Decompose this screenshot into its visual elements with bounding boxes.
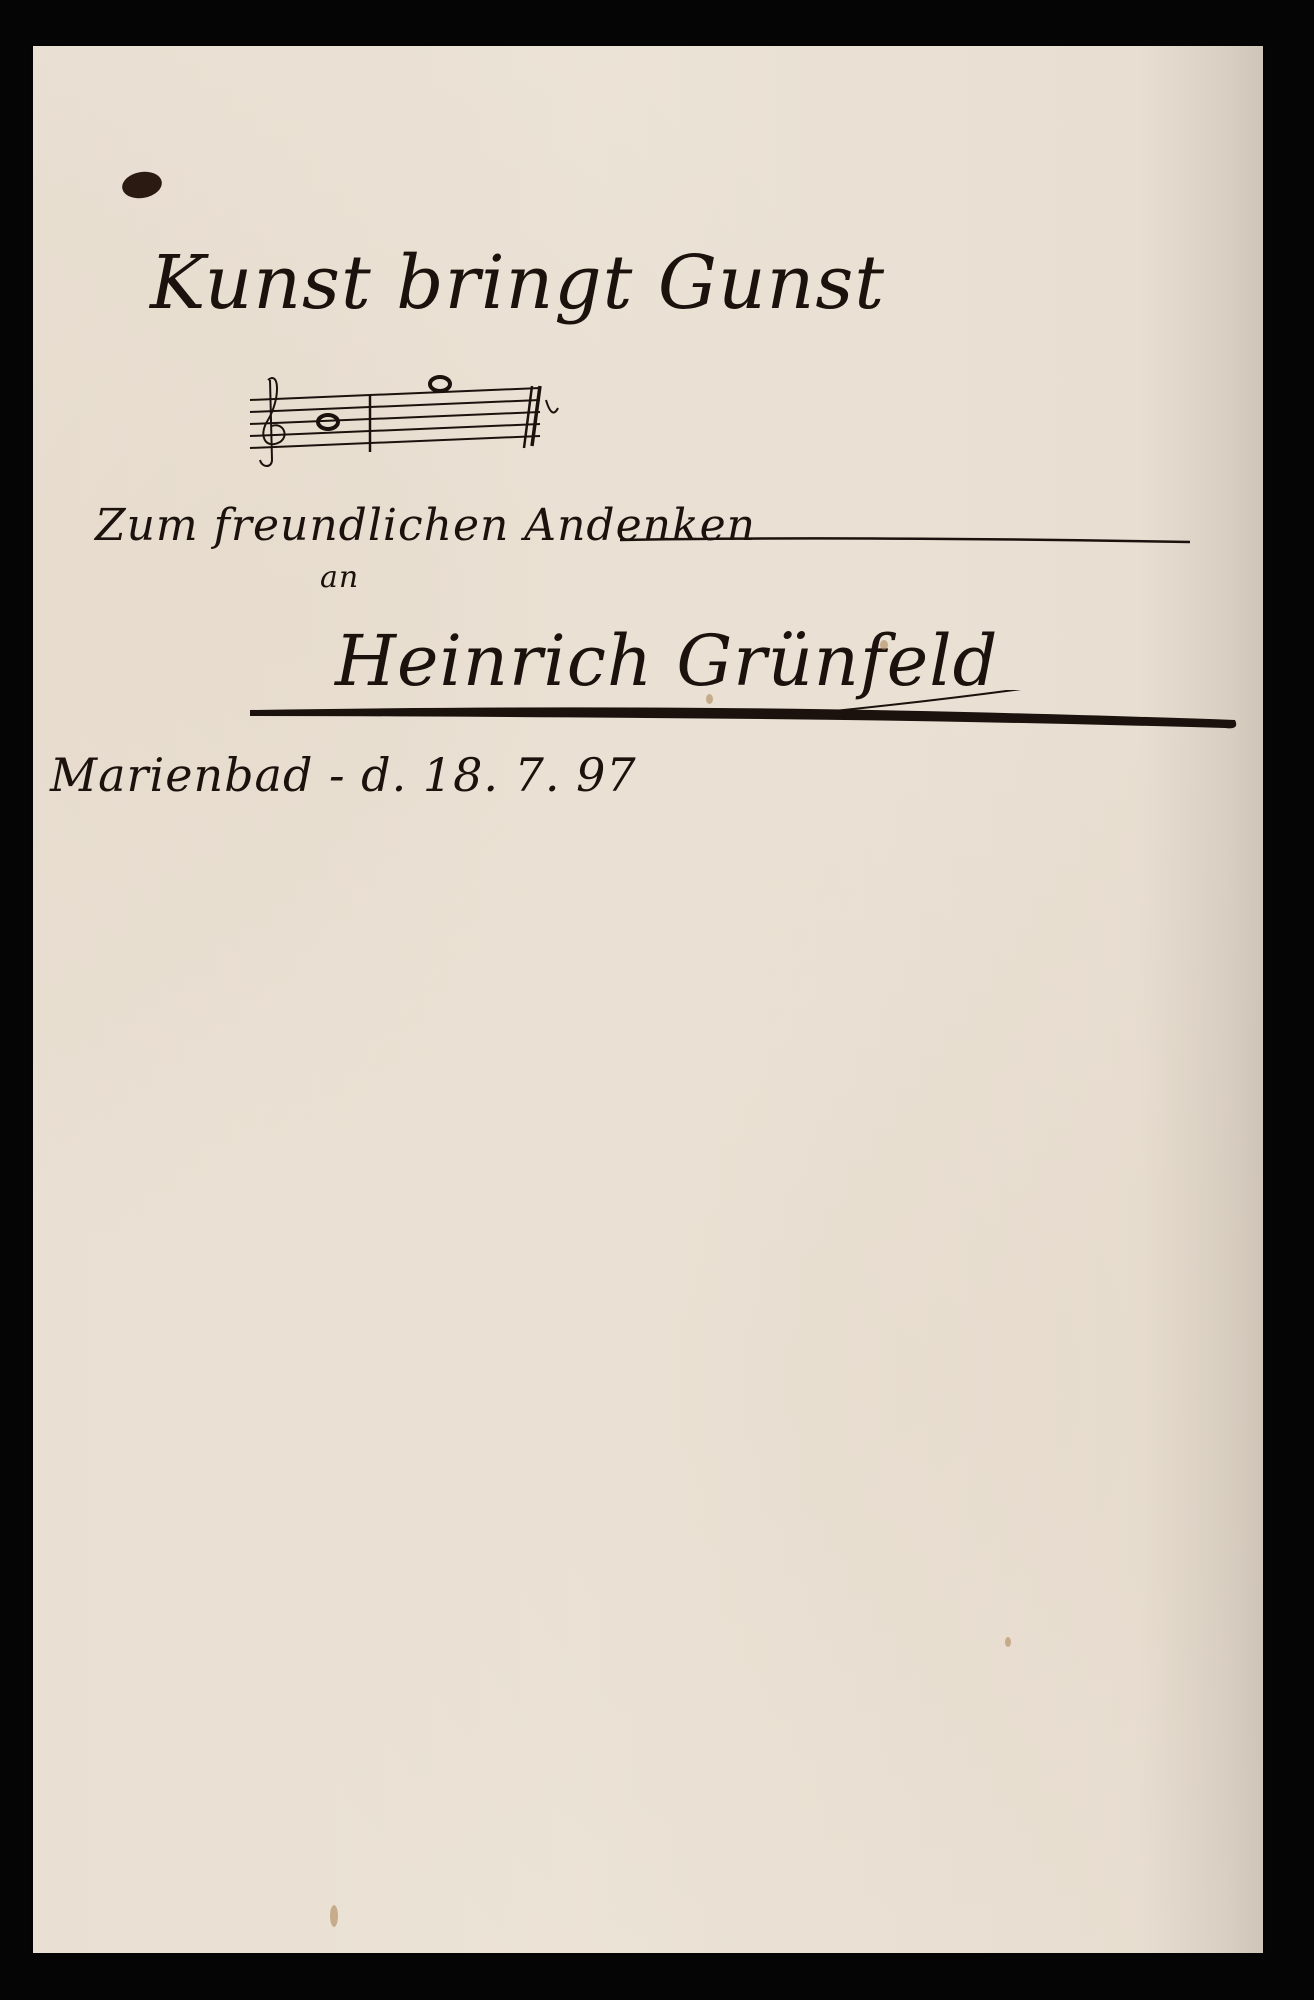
foxing-spot — [880, 640, 888, 650]
dedication-recipient-text: an — [320, 560, 359, 595]
music-stave-icon — [240, 360, 560, 470]
foxing-spot — [1005, 1637, 1011, 1647]
motto-text: Kunst bringt Gunst — [150, 240, 885, 326]
signature-flourish — [245, 690, 1245, 740]
dedication-dash — [240, 532, 1200, 552]
place-date-text: Marienbad - d. 18. 7. 97 — [50, 748, 637, 802]
foxing-spot — [330, 1905, 338, 1927]
paper-sheet — [33, 46, 1263, 1953]
foxing-spot — [706, 694, 713, 704]
